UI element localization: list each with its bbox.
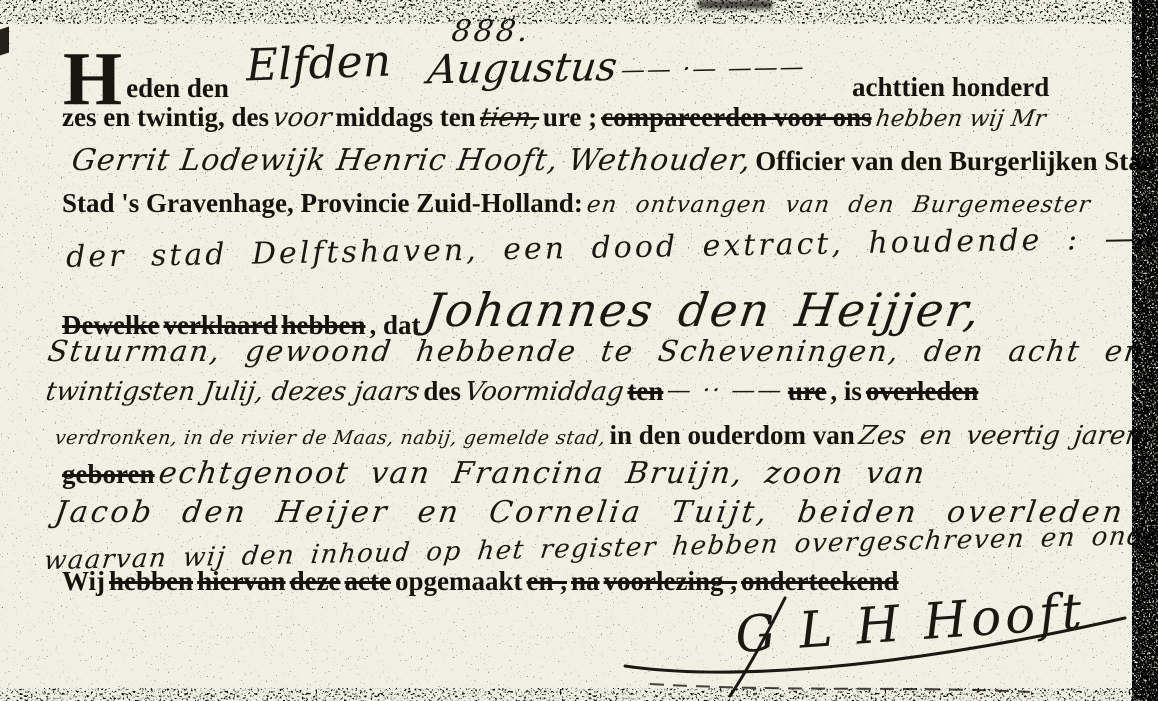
spouse-line: geboren echtgenoot van Francina Bruijn, … <box>62 456 926 491</box>
scan-right-edge-line <box>1142 0 1145 130</box>
scan-top-ink-blot <box>698 0 772 9</box>
handwritten-ontvangen-burgemeester: en ontvangen van den Burgemeester <box>585 192 1092 218</box>
filler-dashes: —— ·— ——— <box>619 53 807 84</box>
printed-onderteekend-struck: onderteekend <box>741 566 899 596</box>
printed-hebben-struck: hebben <box>109 566 193 596</box>
printed-heden-den: eden den <box>126 73 229 104</box>
printed-ure: ure ; <box>543 102 597 132</box>
filler-dashes-hour: — ·· —— <box>665 376 785 404</box>
handwritten-day: Elfden <box>245 35 392 91</box>
date-time-line: zes en twintig, des voor middags ten tie… <box>62 102 1045 133</box>
printed-en-struck: en , <box>527 566 568 596</box>
cause-age-line: verdronken, in de rivier de Maas, nabij,… <box>55 420 1150 451</box>
printed-na-struck: na <box>571 566 600 596</box>
printed-des: des <box>423 376 461 406</box>
scan-top-left-mark <box>0 27 9 56</box>
occupation-residence-line: Stuurman, gewoond hebbende te Schevening… <box>48 334 1145 368</box>
death-date-line: twintigsten Julij, dezes jaars des Voorm… <box>46 376 978 407</box>
printed-ure-struck: ure <box>788 376 827 406</box>
handwritten-deceased-name: Johannes den Heijjer, <box>421 283 985 337</box>
printed-stad-gravenhage: Stad 's Gravenhage, Provincie Zuid-Holla… <box>62 188 583 218</box>
handwritten-drowned-note: verdronken, in de rivier de Maas, nabij,… <box>53 427 607 449</box>
printed-opgemaakt: opgemaakt <box>395 566 523 596</box>
drop-cap-initial: H <box>63 50 122 109</box>
printed-is: , is <box>830 376 862 406</box>
printed-compareerden-struck: compareerden voor ons <box>601 102 871 132</box>
handwritten-voor: voor <box>271 103 334 133</box>
opening-line: H eden den <box>63 50 229 109</box>
printed-overleden-struck: overleden <box>866 376 978 406</box>
handwritten-official-name: Gerrit Lodewijk Henric Hooft, Wethouder, <box>70 143 754 178</box>
printed-zes-en-twintig: zes en twintig, des <box>62 102 269 132</box>
printed-acte-struck: acte <box>345 566 391 596</box>
handwritten-month: Augustus <box>425 44 620 93</box>
printed-middags-ten: middags ten <box>335 102 475 132</box>
handwritten-hebben-wij-mr: hebben wij Mr <box>874 106 1047 132</box>
printed-geboren-struck: geboren <box>62 459 155 489</box>
printed-voorlezing-struck: voorlezing , <box>604 566 737 596</box>
printed-achttien-honderd: achttien honderd <box>852 72 1049 103</box>
scanned-death-certificate: 888. H eden den Elfden Augustus —— ·— ——… <box>0 0 1158 701</box>
handwritten-age: Zes en veertig jaren, <box>857 421 1153 451</box>
city-line: Stad 's Gravenhage, Provincie Zuid-Holla… <box>62 188 1090 219</box>
handwritten-hour-struck: tien, <box>478 103 541 133</box>
act-number: 888. <box>450 14 534 49</box>
handwritten-month-line: Augustus —— ·— ——— <box>428 41 807 94</box>
handwritten-spouse: echtgenoot van Francina Bruijn, zoon van <box>156 456 928 491</box>
printed-ten-struck: ten <box>627 376 663 406</box>
handwritten-delftshaven-extract: der stad Delftshaven, een dood extract, … <box>66 220 1158 275</box>
official-name-line: Gerrit Lodewijk Henric Hooft, Wethouder,… <box>72 143 1158 178</box>
printed-ouderdom: in den ouderdom van <box>609 420 854 450</box>
printed-hiervan-struck: hiervan <box>197 566 286 596</box>
handwritten-death-date: twintigsten Julij, dezes jaars <box>44 377 422 407</box>
printed-wij: Wij <box>62 566 105 596</box>
printed-officier-titel: Officier van den Burgerlijken Staat der <box>755 146 1158 176</box>
printed-deze-struck: deze <box>290 566 341 596</box>
closing-line: Wij hebben hiervan deze acte opgemaakt e… <box>62 566 899 597</box>
handwritten-occupation-residence: Stuurman, gewoond hebbende te Schevening… <box>46 334 1148 368</box>
handwritten-voormiddag: Voormiddag <box>463 377 626 407</box>
